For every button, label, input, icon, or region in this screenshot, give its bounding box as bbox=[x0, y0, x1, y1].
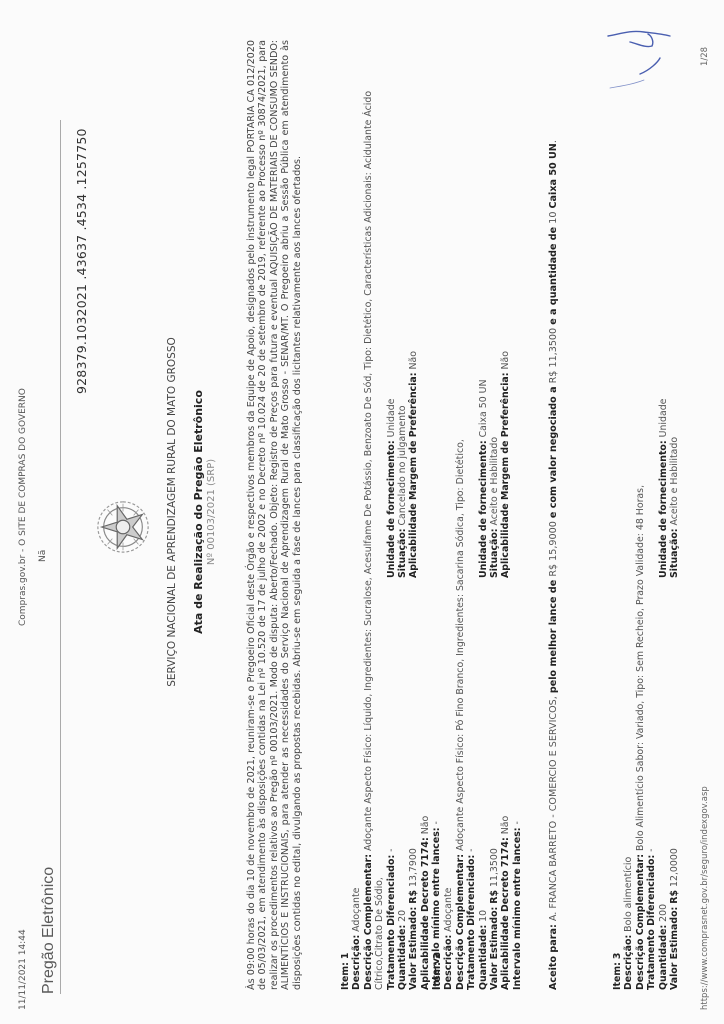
ata-title: Ata de Realização do Pregão Eletrônico bbox=[192, 0, 205, 1024]
descricao-label: Descrição: bbox=[623, 935, 634, 990]
site-header: Compras.gov.br - O SITE DE COMPRAS DO GO… bbox=[18, 388, 28, 626]
quantidade-value: 200 bbox=[658, 904, 669, 922]
page-number: 1/28 bbox=[700, 47, 710, 66]
document-id: 928379.1032021 .43637 .4534 .1257750 bbox=[74, 128, 89, 394]
decreto-label: Aplicabilidade Decreto 7174: bbox=[420, 837, 431, 990]
page-title: Pregão Eletrônico bbox=[40, 867, 58, 994]
margem-value: Não bbox=[500, 351, 511, 370]
quantidade-value: 10 bbox=[478, 910, 489, 922]
negociado-value: R$ 11,3500 bbox=[548, 328, 559, 384]
descricao-value: Adoçante bbox=[443, 888, 454, 932]
tratamento-value: - bbox=[466, 848, 477, 851]
currency-label: R$ bbox=[489, 890, 500, 904]
descricao-complementar-label: Descrição Complementar: bbox=[635, 854, 646, 990]
quantidade-value: 20 bbox=[397, 910, 408, 922]
valor-estimado-label: Valor Estimado: bbox=[669, 907, 680, 990]
acceptance-statement: Aceito para: A. FRANCA BARRETO - COMERCI… bbox=[548, 30, 559, 990]
margem-value: Não bbox=[408, 351, 419, 370]
intervalo-value: - bbox=[512, 821, 523, 824]
aceito-unidade: Caixa 50 UN bbox=[548, 143, 559, 208]
situacao-value: Aceito e Habilitado bbox=[669, 437, 680, 526]
aceito-end: . bbox=[548, 140, 559, 143]
descricao-complementar-label: Descrição Complementar: bbox=[455, 854, 466, 990]
item-number: 3 bbox=[612, 953, 623, 960]
unidade-label: Unidade de fornecimento: bbox=[386, 440, 397, 578]
item-label: Item: bbox=[432, 962, 443, 990]
descricao-complementar-value: Adoçante Aspecto Físico: Pó Fino Branco,… bbox=[455, 439, 466, 851]
descricao-label: Descrição: bbox=[351, 935, 362, 990]
tratamento-label: Tratamento Diferenciado: bbox=[386, 855, 397, 990]
melhor-lance-value: R$ 15,9000 bbox=[548, 521, 559, 577]
tratamento-label: Tratamento Diferenciado: bbox=[646, 855, 657, 990]
decreto-label: Aplicabilidade Decreto 7174: bbox=[500, 837, 511, 990]
margem-label: Aplicabilidade Margem de Preferência: bbox=[500, 372, 511, 578]
intervalo-label: Intervalo mínimo entre lances: bbox=[512, 827, 523, 990]
descricao-label: Descrição: bbox=[443, 935, 454, 990]
ata-number: Nº 00103/2021 (SRP) bbox=[206, 0, 217, 1024]
signature-icon bbox=[600, 4, 695, 154]
quantidade-label: Quantidade: bbox=[478, 925, 489, 990]
valor-estimado-value: 12,0000 bbox=[669, 848, 680, 887]
unidade-value: Unidade bbox=[658, 399, 669, 438]
descricao-value: Bolo alimentício bbox=[623, 857, 634, 932]
item-number: 1 bbox=[340, 953, 351, 960]
header-divider bbox=[60, 120, 61, 994]
item-block: Item: 3 Descrição: Bolo alimentício Desc… bbox=[612, 30, 680, 990]
item-label: Item: bbox=[612, 962, 623, 990]
document-page: 11/11/2021 14:44 Compras.gov.br - O SITE… bbox=[0, 0, 724, 1024]
footer-url: https://www.comprasnet.gov.br/seguro/ind… bbox=[700, 786, 710, 1010]
header-note: Nã bbox=[38, 550, 48, 562]
unidade-label: Unidade de fornecimento: bbox=[478, 440, 489, 578]
descricao-complementar-label: Descrição Complementar: bbox=[363, 854, 374, 990]
decreto-value: Não bbox=[500, 816, 511, 835]
melhor-lance-label: pelo melhor lance de bbox=[548, 580, 559, 693]
aceito-quantidade: 10 bbox=[548, 212, 559, 224]
item-block: Item: 1 Descrição: Adoçante Descrição Co… bbox=[340, 30, 443, 990]
quantidade-label: Quantidade: bbox=[658, 925, 669, 990]
aceito-company: A. FRANCA BARRETO - COMERCIO E SERVICOS, bbox=[548, 696, 559, 921]
margem-label: Aplicabilidade Margem de Preferência: bbox=[408, 372, 419, 578]
descricao-value: Adoçante bbox=[351, 888, 362, 932]
valor-estimado-value: 13,7900 bbox=[408, 848, 419, 887]
situacao-label: Situação: bbox=[397, 528, 408, 578]
tratamento-value: - bbox=[386, 848, 397, 851]
decreto-value: Não bbox=[420, 816, 431, 835]
unidade-value: Unidade bbox=[386, 399, 397, 438]
valor-estimado-value: 11,3500 bbox=[489, 848, 500, 887]
situacao-label: Situação: bbox=[669, 528, 680, 578]
quantidade-label: e a quantidade de bbox=[548, 227, 559, 325]
item-label: Item: bbox=[340, 962, 351, 990]
quantidade-label: Quantidade: bbox=[397, 925, 408, 990]
intro-paragraph: Às 09:00 horas do dia 10 de novembro de … bbox=[246, 40, 303, 990]
valor-estimado-label: Valor Estimado: bbox=[489, 907, 500, 990]
situacao-value: Cancelado no julgamento bbox=[397, 406, 408, 526]
tratamento-value: - bbox=[646, 848, 657, 851]
aceito-label: Aceito para: bbox=[548, 924, 559, 990]
negociado-label: e com valor negociado a bbox=[548, 386, 559, 518]
coat-of-arms-icon bbox=[94, 498, 152, 556]
currency-label: R$ bbox=[408, 890, 419, 904]
unidade-value: Caixa 50 UN bbox=[478, 379, 489, 437]
unidade-label: Unidade de fornecimento: bbox=[658, 440, 669, 578]
valor-estimado-label: Valor Estimado: bbox=[408, 907, 419, 990]
print-datetime: 11/11/2021 14:44 bbox=[18, 929, 28, 1010]
situacao-label: Situação: bbox=[489, 528, 500, 578]
item-block: Item: 2 Descrição: Adoçante Descrição Co… bbox=[432, 30, 523, 990]
organization-name: SERVIÇO NACIONAL DE APRENDIZAGEM RURAL D… bbox=[166, 0, 178, 1024]
item-number: 2 bbox=[432, 953, 443, 960]
currency-label: R$ bbox=[669, 890, 680, 904]
descricao-complementar-value: Bolo Alimentício Sabor: Variado, Tipo: S… bbox=[635, 485, 646, 851]
tratamento-label: Tratamento Diferenciado: bbox=[466, 855, 477, 990]
situacao-value: Aceito e Habilitado bbox=[489, 437, 500, 526]
